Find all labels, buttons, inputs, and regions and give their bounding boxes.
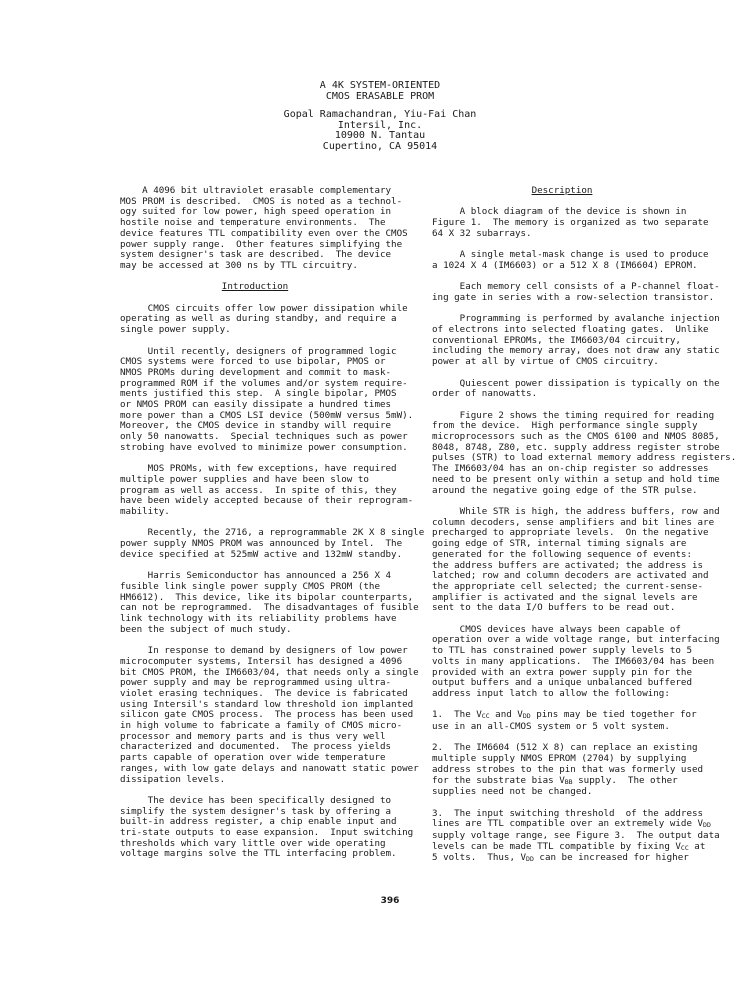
abstract: A 4096 bit ultraviolet erasable compleme…: [120, 186, 390, 272]
text-line: mability.: [120, 507, 390, 518]
left-column: A 4096 bit ultraviolet erasable compleme…: [120, 186, 390, 871]
text-line: need to be present only within a setup a…: [432, 475, 692, 486]
text-line: supplies need not be changed.: [432, 787, 692, 798]
numbered-list-item: 3. The input switching threshold of the …: [432, 809, 692, 866]
paragraph: A block diagram of the device is shown i…: [432, 207, 692, 239]
text-line: strobing have evolved to minimize power …: [120, 443, 390, 454]
paragraph: Each memory cell consists of a P-channel…: [432, 282, 692, 303]
numbered-list-item: 2. The IM6604 (512 X 8) can replace an e…: [432, 743, 692, 798]
address-line-1: 10900 N. Tantau: [230, 131, 530, 142]
text-line: sent to the data I/O buffers to be read …: [432, 603, 692, 614]
text-line: order of nanowatts.: [432, 389, 692, 400]
text-line: use in an all-CMOS system or 5 volt syst…: [432, 722, 692, 733]
section-heading-description: Description: [432, 186, 692, 197]
text-line: address strobes to the pin that was form…: [432, 765, 692, 776]
text-line: ing gate in series with a row-selection …: [432, 293, 692, 304]
text-line: address input latch to allow the followi…: [432, 689, 692, 700]
text-line: microcomputer systems, Intersil has desi…: [120, 657, 390, 668]
text-line: been the subject of much study.: [120, 625, 390, 636]
paragraph: Quiescent power dissipation is typically…: [432, 379, 692, 400]
paragraph: Programming is performed by avalanche in…: [432, 314, 692, 368]
paragraph: Figure 2 shows the timing required for r…: [432, 411, 692, 497]
page-number: 396: [370, 896, 410, 906]
paper-header: A 4K SYSTEM-ORIENTED CMOS ERASABLE PROM …: [230, 81, 530, 152]
authors: Gopal Ramachandran, Yiu-Fai Chan: [230, 110, 530, 121]
text-line: single power supply.: [120, 325, 390, 336]
address-line-2: Cupertino, CA 95014: [230, 142, 530, 153]
title-line-1: A 4K SYSTEM-ORIENTED: [230, 81, 530, 92]
paragraph: Until recently, designers of programmed …: [120, 347, 390, 454]
paragraph: CMOS devices have always been capable of…: [432, 625, 692, 700]
paragraph: Recently, the 2716, a reprogrammable 2K …: [120, 528, 390, 560]
text-line: 64 X 32 subarrays.: [432, 229, 692, 240]
paragraph: A single metal-mask change is used to pr…: [432, 250, 692, 271]
text-line: ranges, with low gate delays and nanowat…: [120, 764, 390, 775]
paragraph: In response to demand by designers of lo…: [120, 646, 390, 785]
text-line: the appropriate cell selected; the curre…: [432, 582, 692, 593]
text-line: power at all by virtue of CMOS circuitry…: [432, 357, 692, 368]
paragraph: The device has been specifically designe…: [120, 796, 390, 860]
text-line: volts in many applications. The IM6603/0…: [432, 657, 692, 668]
text-line: around the negative going edge of the ST…: [432, 486, 692, 497]
text-line: 5 volts. Thus, VDD can be increased for …: [432, 853, 692, 865]
paragraph: MOS PROMs, with few exceptions, have req…: [120, 464, 390, 518]
paragraph: Harris Semiconductor has announced a 256…: [120, 571, 390, 635]
text-line: device features TTL compatibility even o…: [120, 229, 390, 240]
numbered-list-item: 1. The VCC and VDD pins may be tied toge…: [432, 710, 692, 732]
text-line: dissipation levels.: [120, 775, 390, 786]
paragraph: CMOS circuits offer low power dissipatio…: [120, 304, 390, 336]
title-line-2: CMOS ERASABLE PROM: [230, 92, 530, 103]
text-line: may be accessed at 300 ns by TTL circuit…: [120, 261, 390, 272]
right-column: Description A block diagram of the devic…: [432, 186, 692, 876]
paragraph: While STR is high, the address buffers, …: [432, 507, 692, 614]
text-line: device specified at 525mW active and 132…: [120, 550, 390, 561]
text-line: voltage margins solve the TTL interfacin…: [120, 849, 390, 860]
text-line: a 1024 X 4 (IM6603) or a 512 X 8 (IM6604…: [432, 261, 692, 272]
section-heading-introduction: Introduction: [120, 282, 390, 293]
text-line: generated for the following sequence of …: [432, 550, 692, 561]
text-line: NMOS PROMs during development and commit…: [120, 368, 390, 379]
paper-page: A 4K SYSTEM-ORIENTED CMOS ERASABLE PROM …: [0, 0, 755, 1000]
